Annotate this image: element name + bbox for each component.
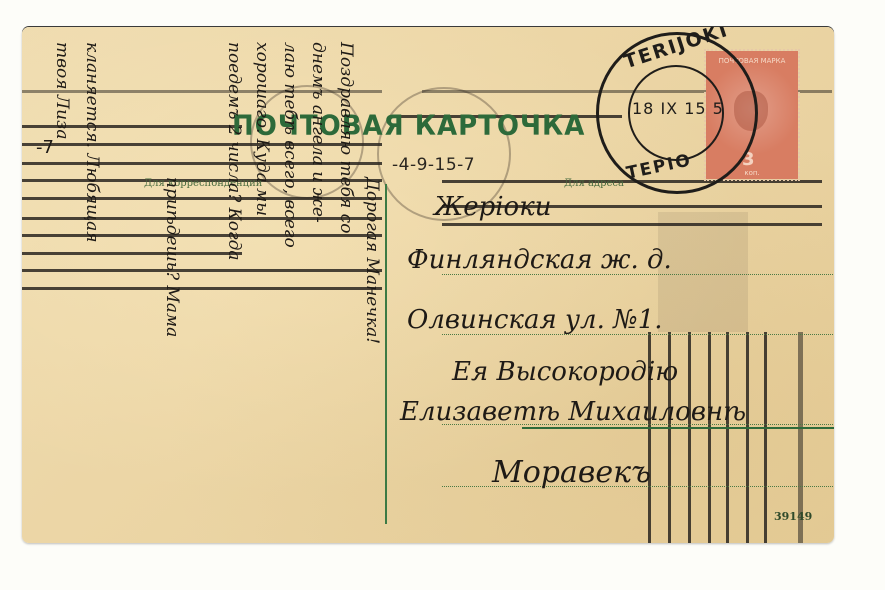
cancel-bar [22,143,382,146]
message-line: приѣдешь? Мама [162,177,182,337]
address-line: Финляндская ж. д. [407,245,672,275]
cancel-bar [22,234,382,237]
cancel-bar [746,332,749,543]
address-line: Олвинская ул. №1. [407,305,663,335]
cancel-bar [22,217,382,220]
cancel-bar [22,269,382,272]
message-line: поедемъ 2 числа? Когда [224,42,244,261]
message-line: хорошаго. Куда мы [252,42,272,216]
address-line: Жерiоки [434,192,551,222]
address-line: Ея Высокородiю [452,357,678,387]
address-rule [522,427,834,429]
postmark-date: 18 IX 15 5 [632,99,724,118]
address-line: Моравекъ [492,455,651,490]
message-line: кланяется. Любящая [82,42,102,243]
cancel-bar [22,252,242,255]
message-line: лаю тебѣ всего, всего [280,42,300,248]
center-divider [385,184,387,524]
message-line: твоя Лиза [52,42,72,139]
cancel-bar [764,332,767,543]
address-line: Елизаветѣ Михаиловнѣ [400,397,746,427]
cancel-bar [22,90,382,93]
postcard: ПОЧТОВАЯ КАРТОЧКА Для корреспонденции Дл… [22,27,834,543]
cancel-bar [22,162,382,165]
card-number: 39149 [774,510,812,523]
cancel-bar [442,223,822,226]
cancel-bar [726,332,729,543]
cancel-bar [688,332,691,543]
message-line: днемъ ангела и же- [308,42,328,223]
message-line: Дорогая Манечка! [362,177,382,344]
machine-cancel-date: -4-9-15-7 [392,155,475,175]
address-label: Для адреса [564,178,624,189]
cancel-bar [708,332,711,543]
message-line: Поздравляю тебя со [336,42,356,233]
cancel-bar [22,287,382,290]
margin-note: -7 [36,137,54,158]
cancel-bar [22,197,382,200]
